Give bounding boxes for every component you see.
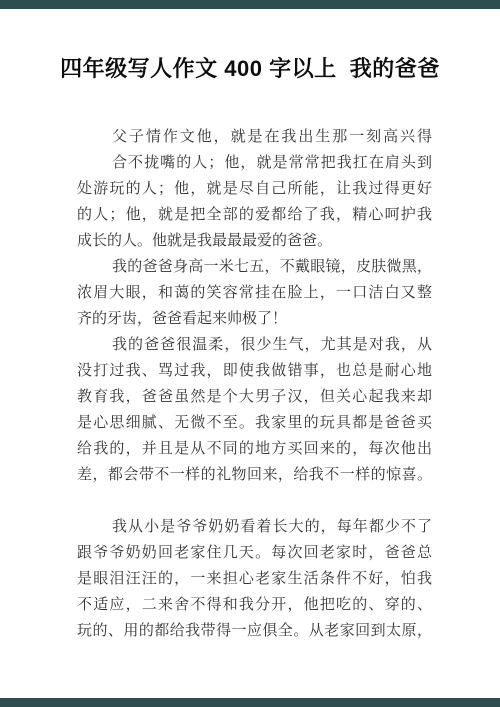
text-line: 齐的牙齿，爸爸看起来帅极了！: [77, 305, 432, 331]
bottom-border-bar: [0, 698, 500, 707]
text-line: 浓眉大眼，和蔼的笑容常挂在脸上，一口洁白又整: [77, 279, 432, 305]
document-title: 四年级写人作文 400 字以上 我的爸爸: [0, 54, 500, 84]
text-line: 处游玩的人；他，就是尽自己所能，让我过得更好: [77, 175, 432, 201]
text-line: 我从小是爷爷奶奶看着长大的，每年都少不了: [77, 513, 432, 539]
text-line: 跟爷爷奶奶回老家住几天。每次回老家时，爸爸总: [77, 539, 432, 565]
text-line: 成长的人。他就是我最最最爱的爸爸。: [77, 227, 432, 253]
text-line: 是眼泪汪汪的，一来担心老家生活条件不好，怕我: [77, 565, 432, 591]
top-border-bar: [0, 0, 500, 9]
text-line: 给我的，并且是从不同的地方买回来的，每次他出: [77, 435, 432, 461]
text-line: 是心思细腻、无微不至。我家里的玩具都是爸爸买: [77, 409, 432, 435]
text-line: 我的爸爸身高一米七五，不戴眼镜，皮肤微黑，: [77, 253, 432, 279]
text-line: 玩的、用的都给我带得一应俱全。从老家回到太原，: [77, 617, 432, 643]
document-page: 四年级写人作文 400 字以上 我的爸爸 父子情作文他，就是在我出生那一刻高兴得…: [0, 0, 500, 707]
text-line: 没打过我、骂过我，即使我做错事，也总是耐心地: [77, 357, 432, 383]
text-line: 差，都会带不一样的礼物回来，给我不一样的惊喜。: [77, 461, 432, 487]
text-line: 我的爸爸很温柔，很少生气，尤其是对我，从: [77, 331, 432, 357]
text-line: 父子情作文他，就是在我出生那一刻高兴得: [77, 123, 432, 149]
blank-line: [77, 487, 432, 513]
text-line: 合不拢嘴的人；他，就是常常把我扛在肩头到: [77, 149, 432, 175]
text-line: 的人；他，就是把全部的爱都给了我，精心呵护我: [77, 201, 432, 227]
text-line: 不适应，二来舍不得和我分开，他把吃的、穿的、: [77, 591, 432, 617]
document-body: 父子情作文他，就是在我出生那一刻高兴得合不拢嘴的人；他，就是常常把我扛在肩头到处…: [77, 123, 432, 643]
text-line: 教育我，爸爸虽然是个大男子汉，但关心起我来却: [77, 383, 432, 409]
